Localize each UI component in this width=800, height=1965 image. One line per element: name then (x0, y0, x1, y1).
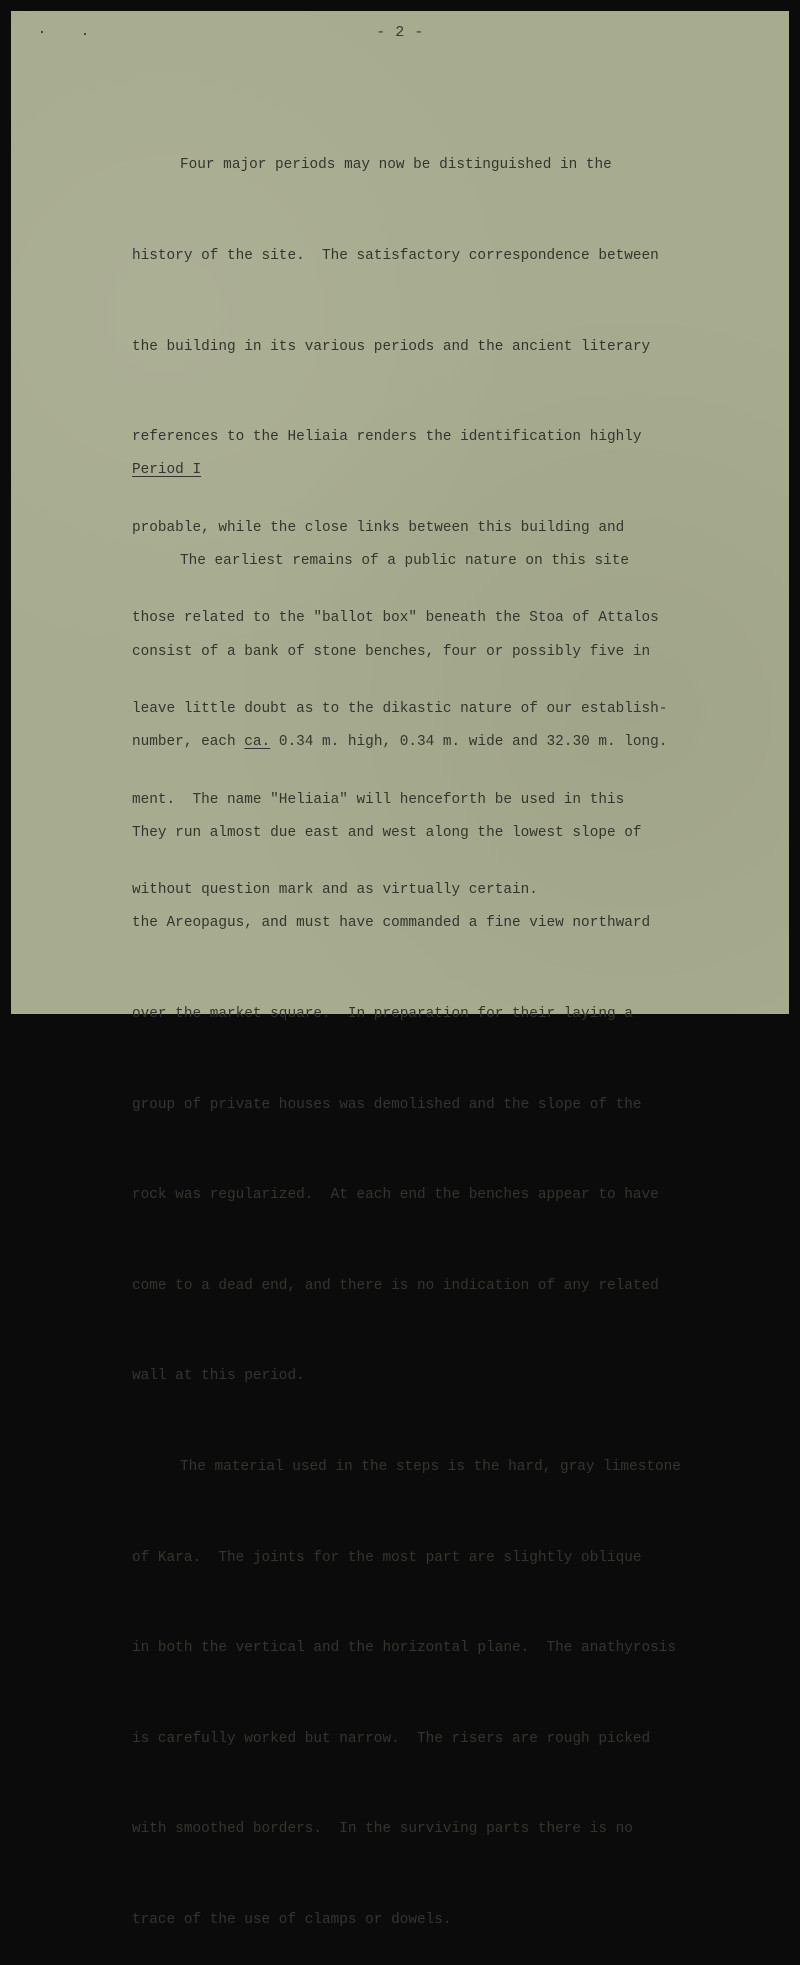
text-line: The earliest remains of a public nature … (132, 546, 681, 576)
text-fragment: number, each (132, 734, 244, 750)
text-line: the building in its various periods and … (132, 332, 667, 362)
page-number: - 2 - (0, 24, 800, 41)
text-line: history of the site. The satisfactory co… (132, 241, 667, 271)
text-fragment: 0.34 m. high, 0.34 m. wide and 32.30 m. … (270, 734, 667, 750)
period-section: Period I The earliest remains of a publi… (132, 395, 681, 1024)
text-line-with-abbreviation: number, each ca. 0.34 m. high, 0.34 m. w… (132, 727, 681, 757)
underlined-abbreviation: ca. (244, 734, 270, 750)
text-line: the Areopagus, and must have commanded a… (132, 908, 681, 938)
text-line: They run almost due east and west along … (132, 818, 681, 848)
section-heading: Period I (132, 462, 201, 478)
text-line: over the market square. In preparation f… (132, 999, 681, 1024)
text-line: Four major periods may now be distinguis… (132, 150, 667, 180)
text-line: consist of a bank of stone benches, four… (132, 637, 681, 667)
